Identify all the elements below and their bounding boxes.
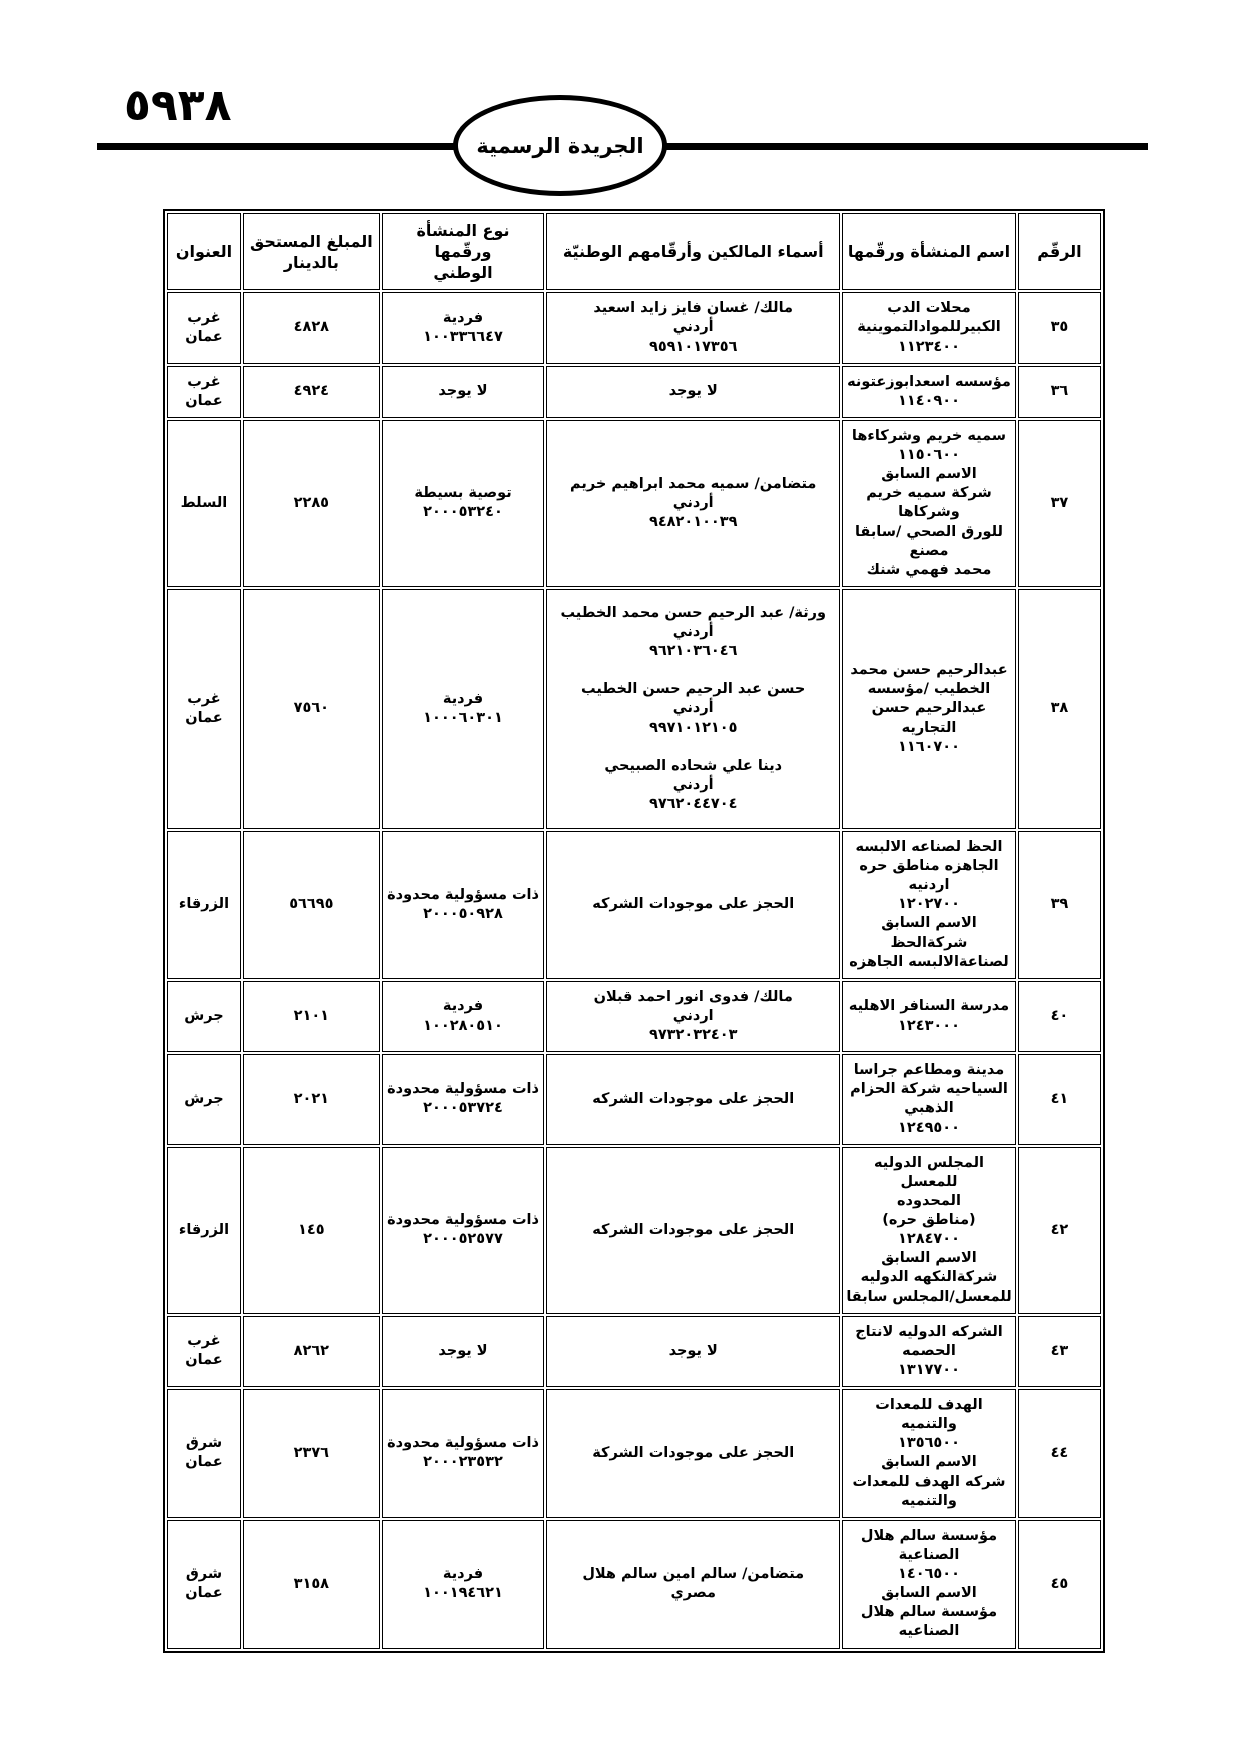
cell-num: ٣٨	[1018, 589, 1101, 829]
cell-owners: لا يوجد	[546, 1316, 840, 1387]
cell-address: الزرقاء	[167, 1147, 241, 1314]
cell-owners: ورثة/ عبد الرحيم حسن محمد الخطيب أردني ٩…	[546, 589, 840, 829]
cell-name: مؤسسة سالم هلال الصناعية ١٤٠٦٥٠٠ الاسم ا…	[842, 1520, 1016, 1649]
cell-amount: ٨٢٦٢	[243, 1316, 380, 1387]
table-row: ٣٩الحظ لصناعه الالبسه الجاهزه مناطق حره …	[167, 831, 1101, 979]
cell-num: ٣٩	[1018, 831, 1101, 979]
cell-owners: لا يوجد	[546, 366, 840, 418]
table-row: ٣٥محلات الدب الكبيرللموادالتموينية ١١٢٣٤…	[167, 292, 1101, 363]
col-header-type: نوع المنشأة ورقّمها الوطني	[382, 213, 545, 290]
cell-name: مدينة ومطاعم جراسا السياحيه شركة الحزام …	[842, 1054, 1016, 1145]
cell-address: غرب عمان	[167, 589, 241, 829]
cell-amount: ٣١٥٨	[243, 1520, 380, 1649]
cell-owners: الحجز على موجودات الشركه	[546, 1147, 840, 1314]
cell-type: ذات مسؤولية محدودة ٢٠٠٠٢٣٥٣٢	[382, 1389, 545, 1518]
cell-type: لا يوجد	[382, 1316, 545, 1387]
col-header-amount: المبلغ المستحق بالدينار	[243, 213, 380, 290]
cell-name: الحظ لصناعه الالبسه الجاهزه مناطق حره ار…	[842, 831, 1016, 979]
cell-type: فردية ١٠٠٣٣٦٦٤٧	[382, 292, 545, 363]
gazette-page: ٥٩٣٨ الجريدة الرسمية الرقّم اسم المنشأة …	[0, 0, 1241, 1754]
cell-address: جرش	[167, 1054, 241, 1145]
table-row: ٣٨عبدالرحيم حسن محمد الخطيب /مؤسسه عبدال…	[167, 589, 1101, 829]
cell-amount: ٤٨٢٨	[243, 292, 380, 363]
table-header-row: الرقّم اسم المنشأة ورقّمها أسماء المالكي…	[167, 213, 1101, 290]
cell-amount: ١٤٥	[243, 1147, 380, 1314]
establishments-table-container: الرقّم اسم المنشأة ورقّمها أسماء المالكي…	[163, 209, 1105, 1653]
cell-type: ذات مسؤولية محدودة ٢٠٠٠٥٠٩٢٨	[382, 831, 545, 979]
cell-amount: ٤٩٢٤	[243, 366, 380, 418]
cell-address: غرب عمان	[167, 292, 241, 363]
cell-num: ٣٦	[1018, 366, 1101, 418]
cell-owners: متضامن/ سالم امين سالم هلال مصري	[546, 1520, 840, 1649]
cell-num: ٤٥	[1018, 1520, 1101, 1649]
cell-name: محلات الدب الكبيرللموادالتموينية ١١٢٣٤٠٠	[842, 292, 1016, 363]
table-row: ٤٠مدرسة السنافر الاهليه ١٢٤٣٠٠٠مالك/ فدو…	[167, 981, 1101, 1052]
cell-num: ٤٢	[1018, 1147, 1101, 1314]
cell-type: لا يوجد	[382, 366, 545, 418]
cell-amount: ٥٦٦٩٥	[243, 831, 380, 979]
cell-name: مدرسة السنافر الاهليه ١٢٤٣٠٠٠	[842, 981, 1016, 1052]
col-header-number: الرقّم	[1018, 213, 1101, 290]
cell-num: ٤٣	[1018, 1316, 1101, 1387]
cell-type: توصية بسيطة ٢٠٠٠٥٣٢٤٠	[382, 420, 545, 587]
cell-owners: مالك/ غسان فايز زايد اسعيد أردني ٩٥٩١٠١٧…	[546, 292, 840, 363]
gazette-oval-badge: الجريدة الرسمية	[453, 95, 667, 196]
cell-name: سميه خريم وشركاءها ١١٥٠٦٠٠ الاسم السابق …	[842, 420, 1016, 587]
cell-amount: ٢٣٧٦	[243, 1389, 380, 1518]
table-row: ٤٥مؤسسة سالم هلال الصناعية ١٤٠٦٥٠٠ الاسم…	[167, 1520, 1101, 1649]
cell-name: المجلس الدوليه للمعسل المحدوده (مناطق حر…	[842, 1147, 1016, 1314]
cell-name: عبدالرحيم حسن محمد الخطيب /مؤسسه عبدالرح…	[842, 589, 1016, 829]
cell-owners: متضامن/ سميه محمد ابراهيم خريم أردني ٩٤٨…	[546, 420, 840, 587]
cell-address: السلط	[167, 420, 241, 587]
table-row: ٣٦مؤسسه اسعدابوزعتونه ١١٤٠٩٠٠لا يوجدلا ي…	[167, 366, 1101, 418]
cell-num: ٤٤	[1018, 1389, 1101, 1518]
cell-num: ٤١	[1018, 1054, 1101, 1145]
cell-owners: الحجز على موجودات الشركه	[546, 1054, 840, 1145]
establishments-table-body: ٣٥محلات الدب الكبيرللموادالتموينية ١١٢٣٤…	[167, 292, 1101, 1648]
page-number: ٥٩٣٨	[124, 80, 231, 131]
cell-name: مؤسسه اسعدابوزعتونه ١١٤٠٩٠٠	[842, 366, 1016, 418]
cell-type: فردية ١٠٠٢٨٠٥١٠	[382, 981, 545, 1052]
col-header-owners: أسماء المالكين وأرقّامهم الوطنيّة	[546, 213, 840, 290]
cell-address: شرق عمان	[167, 1389, 241, 1518]
cell-amount: ٧٥٦٠	[243, 589, 380, 829]
table-row: ٤٢المجلس الدوليه للمعسل المحدوده (مناطق …	[167, 1147, 1101, 1314]
cell-name: الشركه الدوليه لانتاج الحصمه ١٣١٧٧٠٠	[842, 1316, 1016, 1387]
cell-type: ذات مسؤولية محدودة ٢٠٠٠٥٣٧٢٤	[382, 1054, 545, 1145]
cell-type: فردية ١٠٠٠٦٠٣٠١	[382, 589, 545, 829]
cell-num: ٣٥	[1018, 292, 1101, 363]
table-row: ٤٤الهدف للمعدات والتنميه ١٣٥٦٥٠٠ الاسم ا…	[167, 1389, 1101, 1518]
cell-address: غرب عمان	[167, 1316, 241, 1387]
cell-owners: مالك/ فدوى انور احمد قبلان اردني ٩٧٣٢٠٣٢…	[546, 981, 840, 1052]
cell-amount: ٢١٠١	[243, 981, 380, 1052]
cell-address: شرق عمان	[167, 1520, 241, 1649]
table-row: ٤٣الشركه الدوليه لانتاج الحصمه ١٣١٧٧٠٠لا…	[167, 1316, 1101, 1387]
cell-owners: الحجز على موجودات الشركة	[546, 1389, 840, 1518]
cell-type: فردية ١٠٠١٩٤٦٢١	[382, 1520, 545, 1649]
cell-name: الهدف للمعدات والتنميه ١٣٥٦٥٠٠ الاسم الس…	[842, 1389, 1016, 1518]
table-row: ٣٧سميه خريم وشركاءها ١١٥٠٦٠٠ الاسم الساب…	[167, 420, 1101, 587]
cell-type: ذات مسؤولية محدودة ٢٠٠٠٥٢٥٧٧	[382, 1147, 545, 1314]
cell-amount: ٢٢٨٥	[243, 420, 380, 587]
col-header-address: العنوان	[167, 213, 241, 290]
table-row: ٤١مدينة ومطاعم جراسا السياحيه شركة الحزا…	[167, 1054, 1101, 1145]
gazette-title: الجريدة الرسمية	[476, 134, 643, 158]
cell-owners: الحجز على موجودات الشركه	[546, 831, 840, 979]
cell-num: ٤٠	[1018, 981, 1101, 1052]
cell-address: جرش	[167, 981, 241, 1052]
cell-address: غرب عمان	[167, 366, 241, 418]
col-header-name: اسم المنشأة ورقّمها	[842, 213, 1016, 290]
cell-num: ٣٧	[1018, 420, 1101, 587]
cell-address: الزرقاء	[167, 831, 241, 979]
establishments-table: الرقّم اسم المنشأة ورقّمها أسماء المالكي…	[163, 209, 1105, 1653]
cell-amount: ٢٠٢١	[243, 1054, 380, 1145]
